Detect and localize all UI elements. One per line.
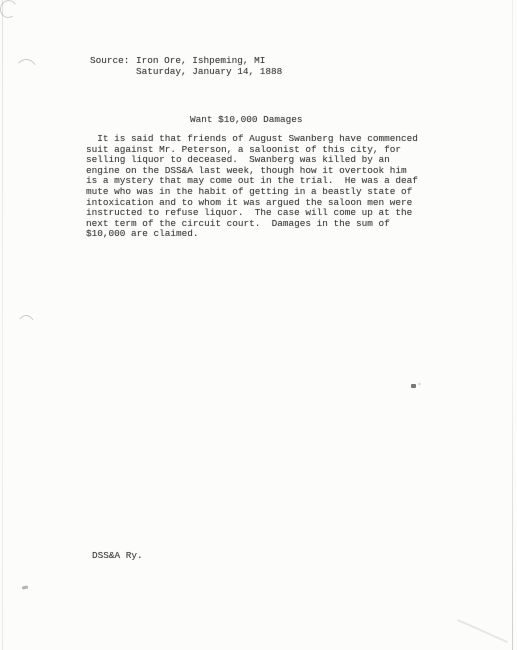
source-date: Saturday, January 14, 1888 [136, 67, 282, 78]
source-header: Source: Iron Ore, Ishpeming, MI Saturday… [90, 56, 282, 77]
document-scan-page: Source: Iron Ore, Ishpeming, MI Saturday… [0, 0, 517, 650]
source-label-spacer [90, 67, 136, 78]
pencil-mark-bottom [0, 0, 19, 20]
pencil-mark-bottom-squiggle [22, 585, 28, 589]
ink-speck [411, 384, 416, 388]
pencil-mark-top [15, 58, 38, 73]
footer-attribution: DSS&A Ry. [92, 551, 143, 562]
article-body: It is said that friends of August Swanbe… [86, 134, 418, 240]
scan-smudge [457, 619, 508, 643]
pencil-mark-middle [16, 314, 35, 329]
scan-edge-left [2, 0, 3, 650]
source-publication: Iron Ore, Ishpeming, MI [136, 56, 282, 67]
scan-edge-right [512, 0, 513, 650]
article-title: Want $10,000 Damages [190, 115, 303, 126]
source-label: Source: [90, 56, 136, 67]
